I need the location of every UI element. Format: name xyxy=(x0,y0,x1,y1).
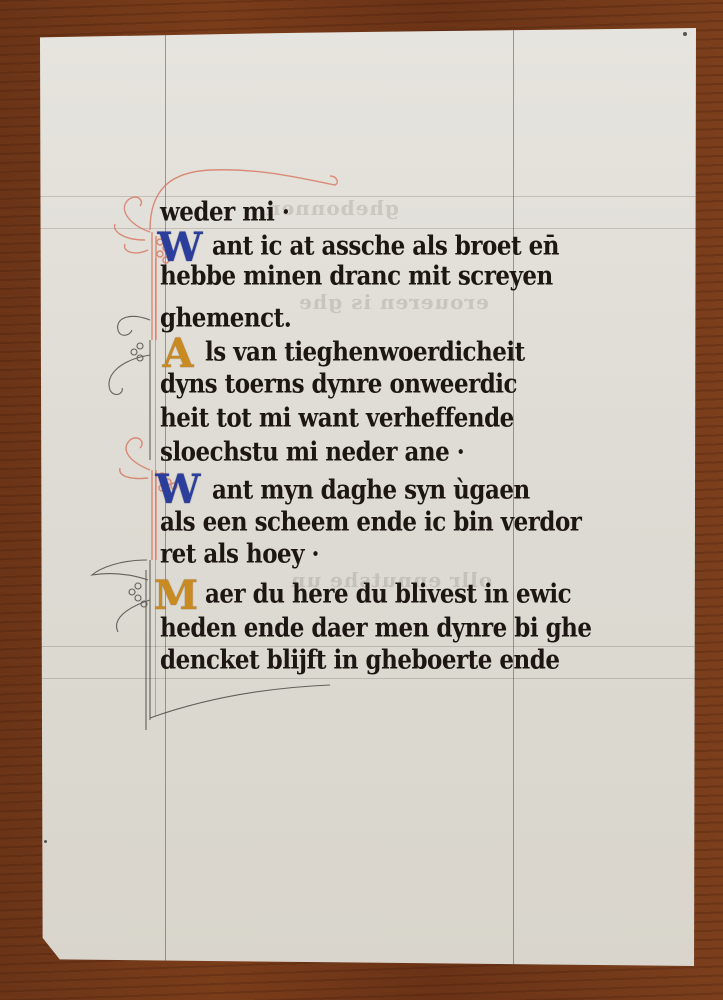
text-line-1: weder mi · xyxy=(160,197,289,227)
text-line-10: als een scheem ende ic bin verdor xyxy=(160,507,581,537)
text-line-2: ant ic at assche als broet en̄ xyxy=(212,231,559,261)
text-line-13: heden ende daer men dynre bi ghe xyxy=(160,613,592,643)
show-through-text: eroueren is ghe xyxy=(298,290,489,314)
pinhole xyxy=(44,840,47,843)
text-line-6: dyns toerns dynre onweerdic xyxy=(160,369,517,399)
text-line-7: heit tot mi want verheffende xyxy=(160,403,514,433)
bottom-ruling-2 xyxy=(40,678,696,679)
decorated-initial-w: W xyxy=(146,470,210,510)
decorated-initial-m: M xyxy=(146,576,206,616)
text-line-3: hebbe minen dranc mit screyen xyxy=(160,261,553,291)
text-line-11: ret als hoey · xyxy=(160,539,319,569)
text-line-14: dencket blijft in gheboerte ende xyxy=(160,645,559,675)
text-line-4: ghemenct. xyxy=(160,303,291,333)
pinhole xyxy=(683,32,687,36)
text-line-9: ant myn daghe syn ùgaen xyxy=(212,475,530,505)
text-line-8: sloechstu mi neder ane · xyxy=(160,437,464,467)
text-line-12: aer du here du blivest in ewic xyxy=(205,579,571,609)
text-line-5: ls van tieghenwoerdicheit xyxy=(205,337,525,367)
top-ruling-2 xyxy=(40,228,696,229)
